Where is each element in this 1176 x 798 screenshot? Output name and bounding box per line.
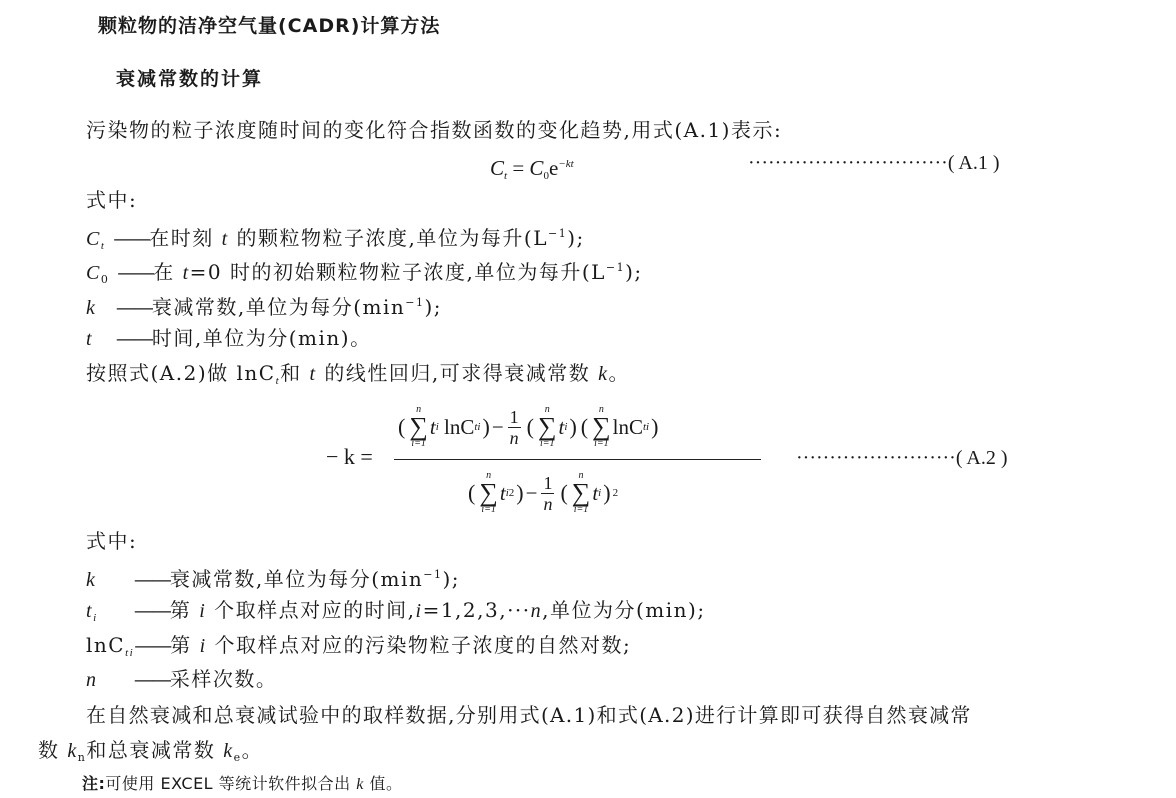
one-over-n: 1n bbox=[541, 473, 554, 514]
where-label-2: 式中: bbox=[86, 529, 137, 553]
symbol-wrap: ti bbox=[86, 598, 126, 630]
superscript: −1 bbox=[606, 261, 625, 274]
minus: − bbox=[492, 415, 504, 440]
sub-ti: ti bbox=[474, 421, 480, 433]
paren: ( bbox=[398, 414, 405, 440]
leader-dots: ······························ bbox=[748, 152, 948, 174]
symbol: k bbox=[86, 296, 108, 320]
symbol-sub: ti bbox=[125, 647, 134, 659]
formula-a1-exponent: −kt bbox=[558, 158, 573, 170]
variable: n bbox=[531, 600, 543, 622]
variable: i bbox=[416, 600, 423, 622]
sub-i: i bbox=[564, 421, 567, 433]
definition-text: 衰减常数,单位为每分(min bbox=[152, 295, 405, 319]
paren: ) bbox=[651, 414, 658, 440]
definition-k: k ——衰减常数,单位为每分(min−1); bbox=[86, 291, 442, 320]
formula-a1-lhs-sub: t bbox=[504, 170, 507, 182]
definition-text: 在时刻 bbox=[149, 226, 221, 250]
definition-text: ); bbox=[567, 226, 585, 250]
formula-a2-denominator: ( n∑i=1 ti2 ) − 1n ( n∑i=1 ti )2 bbox=[466, 464, 618, 522]
ln-c: lnC bbox=[444, 415, 474, 440]
definition-text: ); bbox=[442, 567, 460, 591]
variable: t bbox=[222, 228, 229, 250]
sum-lower: i=1 bbox=[540, 439, 555, 449]
formula-a2-numerator: ( n∑i=1 ti lnCti ) − 1n ( n∑i=1 ti ) ( n… bbox=[396, 398, 660, 456]
sub-i: i bbox=[436, 421, 439, 433]
squared: 2 bbox=[613, 487, 619, 499]
definition-text: ); bbox=[625, 260, 643, 284]
sum-lower: i=1 bbox=[574, 505, 589, 515]
variable: k bbox=[598, 363, 608, 385]
formula-a1-exp-base: e bbox=[549, 156, 558, 180]
symbol-sub: i bbox=[93, 612, 98, 624]
note-label: 注: bbox=[82, 774, 105, 793]
regression-paragraph: 按照式(A.2)做 lnCt和 t 的线性回归,可求得衰减常数 k。 bbox=[86, 361, 630, 393]
variable: k bbox=[356, 776, 364, 793]
definition-text: ); bbox=[424, 295, 442, 319]
paren: ) bbox=[603, 480, 610, 506]
sigma: ∑ bbox=[592, 415, 611, 439]
paragraph-text: 按照式(A.2)做 lnC bbox=[86, 361, 276, 385]
paren: ) bbox=[569, 414, 576, 440]
formula-a1-rhs: C bbox=[529, 156, 543, 180]
symbol-sub: 0 bbox=[101, 273, 110, 286]
sum-lower: i=1 bbox=[594, 439, 609, 449]
definition-text: 采样次数。 bbox=[170, 667, 278, 691]
definition-text: 时间,单位为分(min)。 bbox=[152, 326, 372, 350]
em-dash: —— bbox=[113, 226, 149, 250]
formula-a1: Ct = C0e−kt bbox=[490, 152, 574, 188]
where-label-1: 式中: bbox=[86, 188, 137, 212]
formula-a2-number: ························( A.2 ) bbox=[796, 447, 1008, 470]
definition-text: 第 bbox=[170, 598, 199, 622]
sum-icon: n∑i=1 bbox=[479, 471, 498, 515]
formula-a1-lhs: C bbox=[490, 156, 504, 180]
em-dash: —— bbox=[134, 667, 170, 691]
definition-text: 衰减常数,单位为每分(min bbox=[170, 567, 423, 591]
definition-ct: Ct ——在时刻 t 的颗粒物粒子浓度,单位为每升(L−1); bbox=[86, 222, 585, 258]
sigma: ∑ bbox=[409, 415, 428, 439]
sigma: ∑ bbox=[479, 481, 498, 505]
variable: t bbox=[183, 262, 190, 284]
definition-text: 个取样点对应的时间, bbox=[206, 598, 415, 622]
definition-text: 在 bbox=[153, 260, 182, 284]
paragraph-text: 。 bbox=[242, 738, 264, 762]
equation-label-a1: ( A.1 ) bbox=[948, 152, 1000, 174]
em-dash: —— bbox=[116, 295, 152, 319]
em-dash: —— bbox=[117, 260, 153, 284]
definition-c0: C0 ——在 t=0 时的初始颗粒物粒子浓度,单位为每升(L−1); bbox=[86, 256, 643, 292]
symbol: C bbox=[86, 262, 101, 284]
equation-label-a2: ( A.2 ) bbox=[956, 447, 1008, 469]
superscript: −1 bbox=[423, 568, 442, 581]
paren: ) bbox=[483, 414, 490, 440]
sum-lower: i=1 bbox=[481, 505, 496, 515]
leader-dots: ························ bbox=[796, 447, 956, 469]
paragraph-text: 数 bbox=[38, 738, 67, 762]
numerator-one: 1 bbox=[541, 473, 554, 494]
symbol: t bbox=[86, 327, 108, 351]
symbol: k bbox=[86, 568, 126, 592]
superscript: −1 bbox=[548, 227, 567, 240]
superscript: −1 bbox=[405, 296, 424, 309]
formula-a1-equals: = bbox=[512, 156, 524, 180]
squared: 2 bbox=[509, 487, 515, 499]
subsection-heading: 衰减常数的计算 bbox=[116, 67, 263, 91]
em-dash: —— bbox=[134, 567, 170, 591]
paren: ( bbox=[560, 480, 567, 506]
paren: ( bbox=[581, 414, 588, 440]
conclusion-paragraph-cont: 数 kn和总衰减常数 ke。 bbox=[38, 738, 263, 770]
paren: ( bbox=[468, 480, 475, 506]
lhs-text: − k = bbox=[326, 444, 373, 469]
denominator-n: n bbox=[510, 428, 519, 448]
variable: k bbox=[67, 740, 77, 762]
sum-icon: n∑i=1 bbox=[592, 405, 611, 449]
definition-text: ,单位为分(min); bbox=[542, 598, 705, 622]
variable: t bbox=[310, 363, 317, 385]
definition-n: n ——采样次数。 bbox=[86, 667, 277, 692]
symbol: n bbox=[86, 668, 126, 692]
minus: − bbox=[526, 481, 538, 506]
intro-paragraph: 污染物的粒子浓度随时间的变化符合指数函数的变化趋势,用式(A.1)表示: bbox=[86, 118, 782, 142]
fraction-bar bbox=[394, 459, 761, 460]
section-heading: 颗粒物的洁净空气量(CADR)计算方法 bbox=[98, 14, 440, 38]
paragraph-text: 和总衰减常数 bbox=[86, 738, 223, 762]
numerator-one: 1 bbox=[508, 407, 521, 428]
subscript: e bbox=[234, 751, 242, 764]
sub-ti: ti bbox=[643, 421, 649, 433]
ln-c: lnC bbox=[613, 415, 643, 440]
note-text: 可使用 EXCEL 等统计软件拟合出 bbox=[105, 774, 356, 793]
sum-lower: i=1 bbox=[411, 439, 426, 449]
sum-icon: n∑i=1 bbox=[538, 405, 557, 449]
definition-text: 的颗粒物粒子浓度,单位为每升(L bbox=[229, 226, 548, 250]
formula-a1-number: ······························( A.1 ) bbox=[748, 152, 999, 175]
sigma: ∑ bbox=[538, 415, 557, 439]
em-dash: —— bbox=[134, 633, 170, 657]
formula-a2: − k = ( n∑i=1 ti lnCti ) − 1n ( n∑i=1 ti… bbox=[326, 398, 766, 523]
variable: i bbox=[200, 635, 207, 657]
symbol: t bbox=[86, 600, 93, 622]
sum-icon: n∑i=1 bbox=[409, 405, 428, 449]
em-dash: —— bbox=[116, 326, 152, 350]
sub-i: i bbox=[598, 487, 601, 499]
one-over-n: 1n bbox=[508, 407, 521, 448]
denominator-n: n bbox=[543, 494, 552, 514]
formula-a2-lhs: − k = bbox=[326, 444, 373, 470]
symbol-sub: t bbox=[101, 240, 106, 252]
definition-text: 个取样点对应的污染物粒子浓度的自然对数; bbox=[207, 633, 632, 657]
em-dash: —— bbox=[134, 598, 170, 622]
symbol: lnC bbox=[86, 633, 125, 657]
paren: ) bbox=[516, 480, 523, 506]
sum-icon: n∑i=1 bbox=[572, 471, 591, 515]
definition-t: t ——时间,单位为分(min)。 bbox=[86, 326, 372, 351]
definition-text: 第 bbox=[170, 633, 199, 657]
sigma: ∑ bbox=[572, 481, 591, 505]
paren: ( bbox=[527, 414, 534, 440]
paragraph-text: 。 bbox=[609, 361, 631, 385]
variable: k bbox=[223, 740, 233, 762]
definition-k-2: k ——衰减常数,单位为每分(min−1); bbox=[86, 563, 460, 592]
paragraph-text: 的线性回归,可求得衰减常数 bbox=[317, 361, 599, 385]
conclusion-paragraph: 在自然衰减和总衰减试验中的取样数据,分别用式(A.1)和式(A.2)进行计算即可… bbox=[86, 703, 972, 727]
symbol: C bbox=[86, 228, 101, 250]
note: 注:可使用 EXCEL 等统计软件拟合出 k 值。 bbox=[82, 772, 402, 797]
definition-lncti: lnCti——第 i 个取样点对应的污染物粒子浓度的自然对数; bbox=[86, 633, 631, 665]
paragraph-text: 和 bbox=[280, 361, 309, 385]
definition-ti: ti ——第 i 个取样点对应的时间,i=1,2,3,···n,单位为分(min… bbox=[86, 598, 706, 630]
definition-text: =1,2,3,··· bbox=[423, 598, 531, 622]
definition-text: =0 时的初始颗粒物粒子浓度,单位为每升(L bbox=[190, 260, 606, 284]
note-text: 值。 bbox=[364, 774, 403, 793]
